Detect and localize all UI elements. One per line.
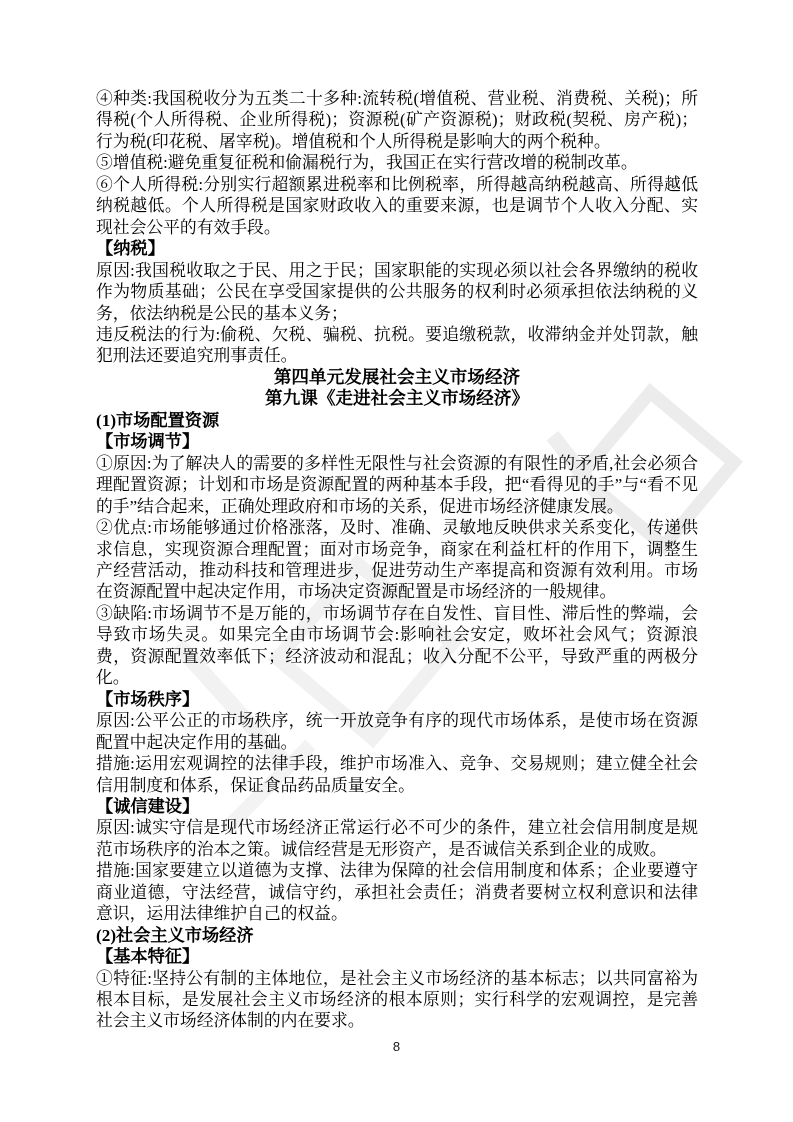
document-content: ④种类:我国税收分为五类二十多种:流转税(增值税、营业税、消费税、关税)；所得税… <box>96 88 698 1032</box>
section-heading: (1)市场配置资源 <box>96 410 698 431</box>
paragraph: ⑥个人所得税:分别实行超额累进税率和比例税率，所得越高纳税越高、所得越低纳税越低… <box>96 174 698 238</box>
paragraph: 措施:运用宏观调控的法律手段，维护市场准入、竞争、交易规则；建立健全社会信用制度… <box>96 753 698 796</box>
section-heading: 【诚信建设】 <box>96 796 698 817</box>
paragraph: 原因:诚实守信是现代市场经济正常运行必不可少的条件，建立社会信用制度是规范市场秩… <box>96 817 698 860</box>
section-heading: 【基本特征】 <box>96 946 698 967</box>
paragraph: 原因:我国税收取之于民、用之于民；国家职能的实现必须以社会各界缴纳的税收作为物质… <box>96 260 698 324</box>
section-heading: 【市场调节】 <box>96 431 698 452</box>
paragraph: ②优点:市场能够通过价格涨落，及时、准确、灵敏地反映供求关系变化，传递供求信息，… <box>96 517 698 603</box>
paragraph: 原因:公平公正的市场秩序，统一开放竞争有序的现代市场体系，是使市场在资源配置中起… <box>96 710 698 753</box>
section-heading: (2)社会主义市场经济 <box>96 925 698 946</box>
unit-heading: 第四单元发展社会主义市场经济 <box>96 367 698 388</box>
paragraph: ①原因:为了解决人的需要的多样性无限性与社会资源的有限性的矛盾,社会必须合理配置… <box>96 453 698 517</box>
section-heading: 【市场秩序】 <box>96 689 698 710</box>
paragraph: ⑤增值税:避免重复征税和偷漏税行为，我国正在实行营改增的税制改革。 <box>96 152 698 173</box>
unit-heading: 第九课《走进社会主义市场经济》 <box>96 388 698 409</box>
document-page: ④种类:我国税收分为五类二十多种:流转税(增值税、营业税、消费税、关税)；所得税… <box>0 0 793 1122</box>
paragraph: 违反税法的行为:偷税、欠税、骗税、抗税。要追缴税款，收滞纳金并处罚款，触犯刑法还… <box>96 324 698 367</box>
paragraph: ④种类:我国税收分为五类二十多种:流转税(增值税、营业税、消费税、关税)；所得税… <box>96 88 698 152</box>
section-heading: 【纳税】 <box>96 238 698 259</box>
paragraph: ①特征:坚持公有制的主体地位，是社会主义市场经济的基本标志；以共同富裕为根本目标… <box>96 968 698 1032</box>
paragraph: ③缺陷:市场调节不是万能的，市场调节存在自发性、盲目性、滞后性的弊端，会导致市场… <box>96 603 698 689</box>
page-number: 8 <box>0 1039 793 1054</box>
paragraph: 措施:国家要建立以道德为支撑、法律为保障的社会信用制度和体系；企业要遵守商业道德… <box>96 860 698 924</box>
